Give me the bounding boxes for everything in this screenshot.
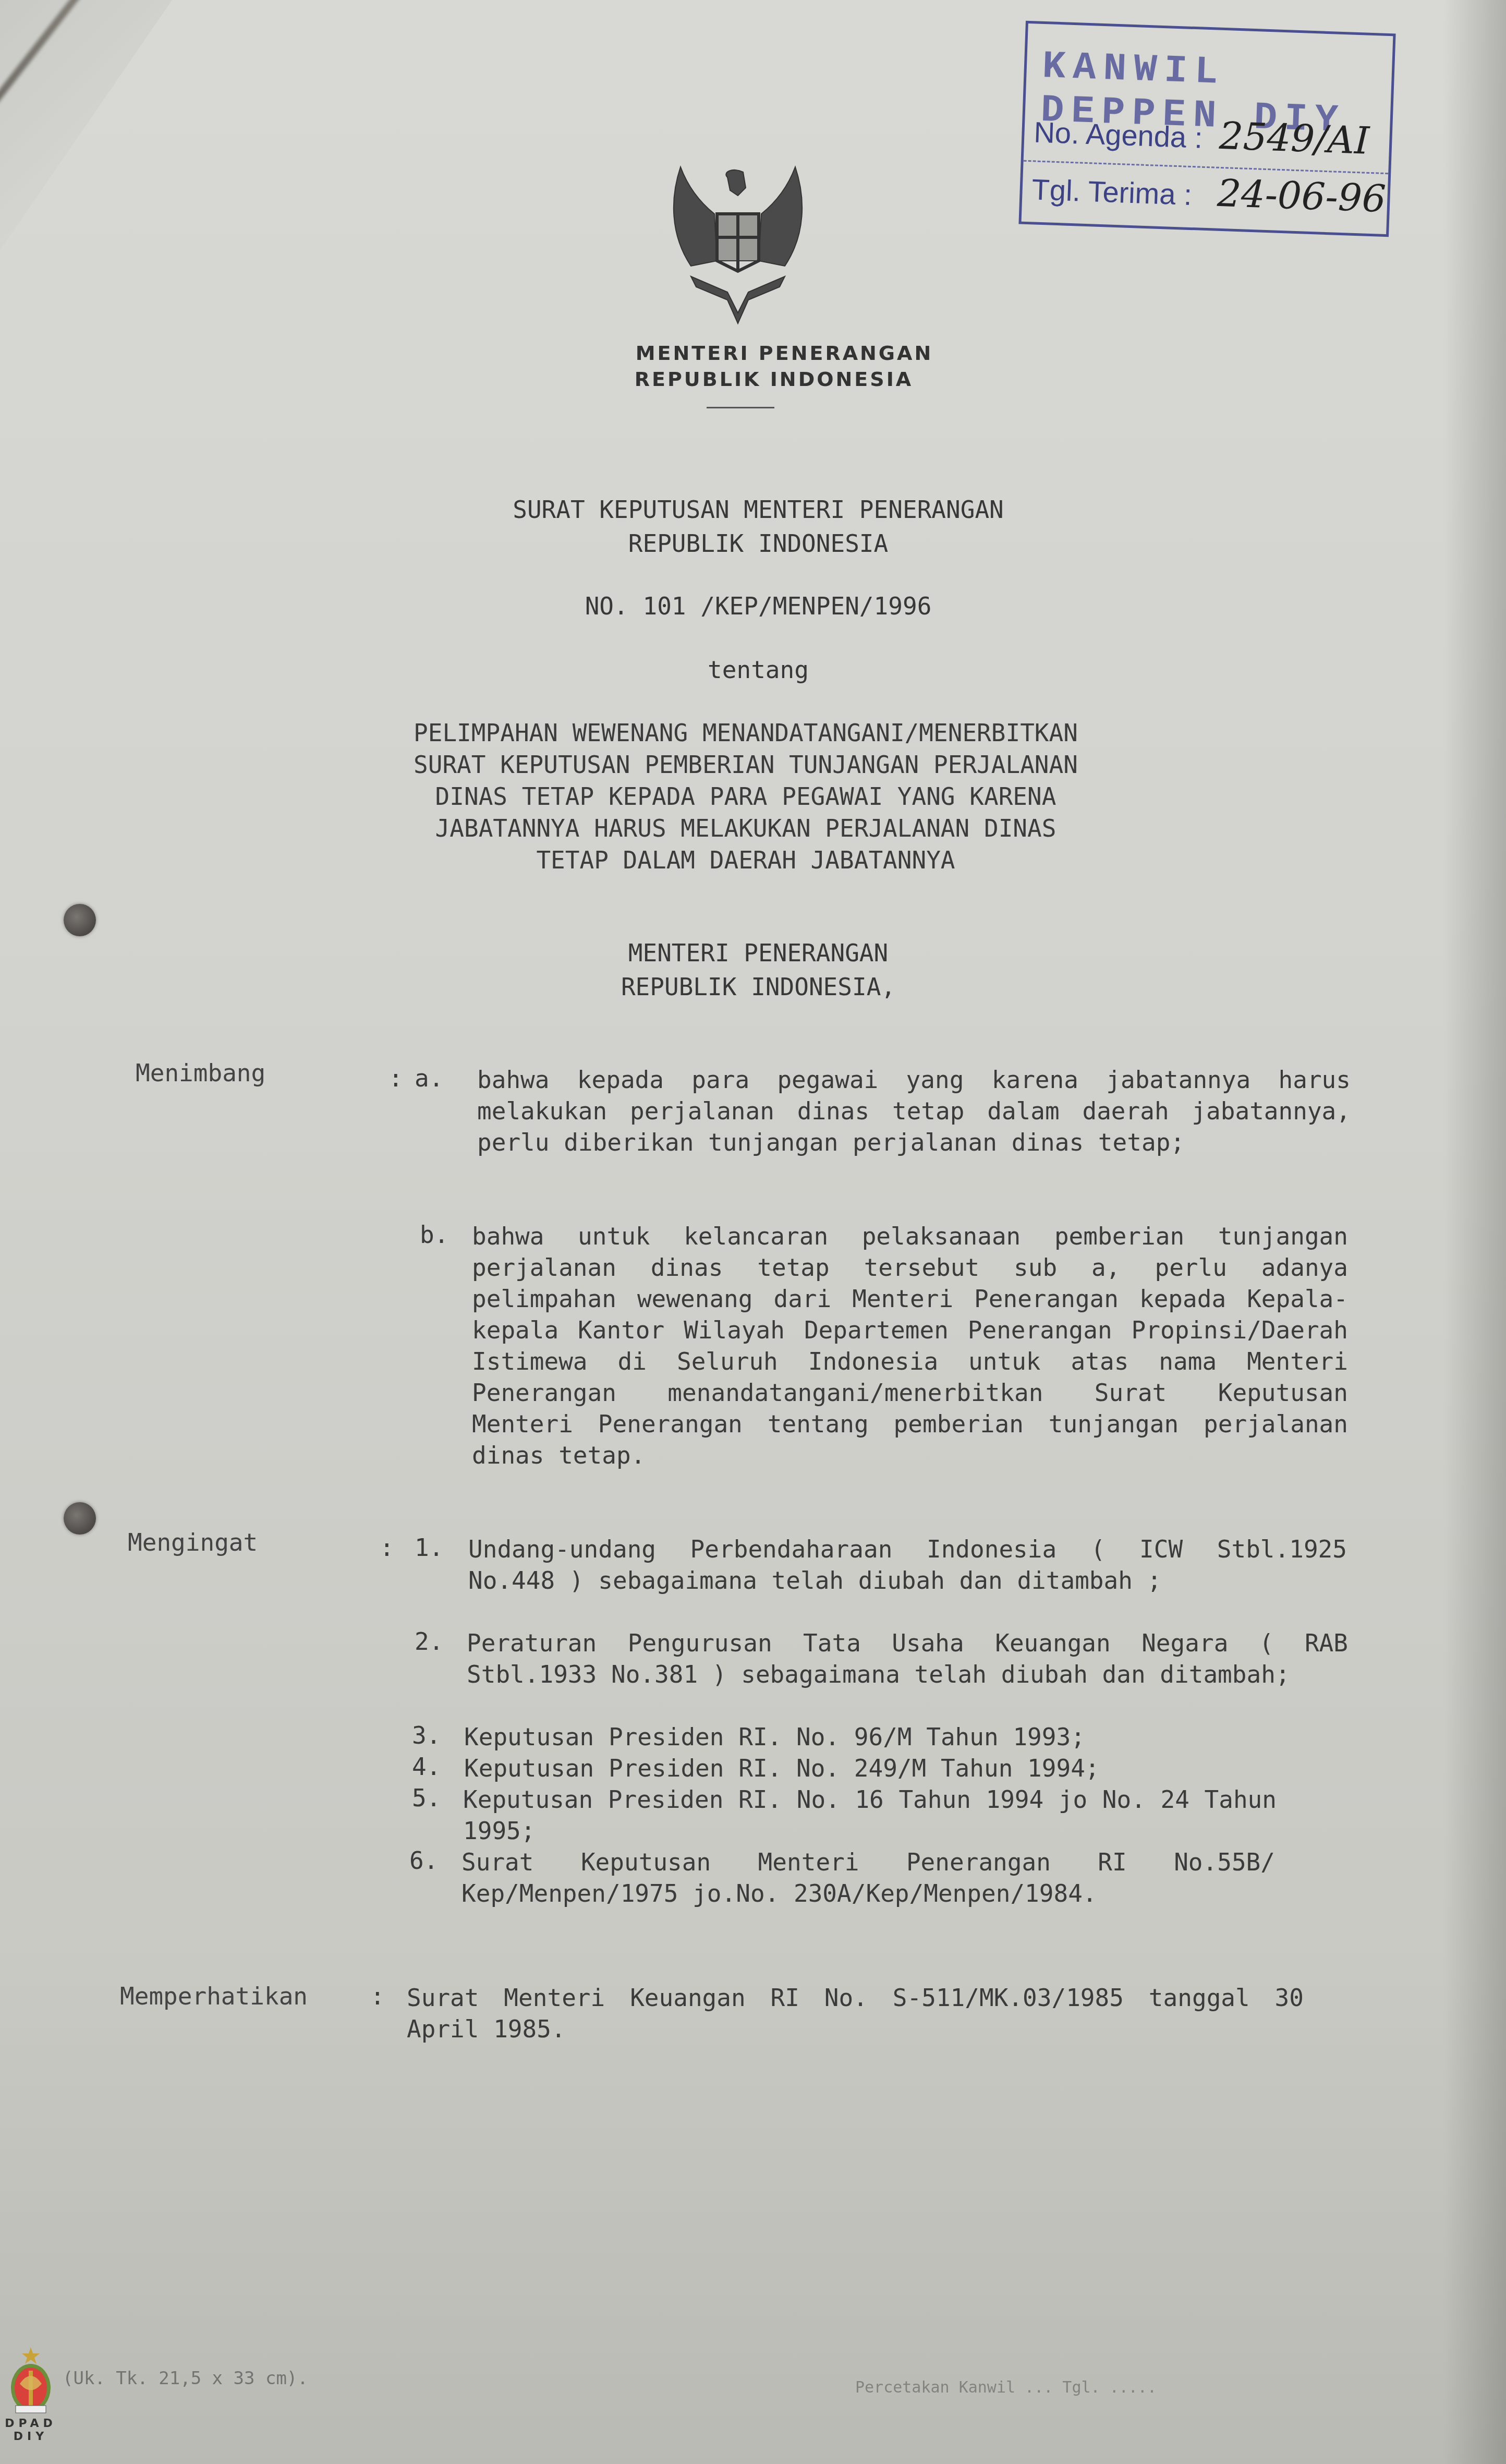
subject-line: TETAP DALAM DAERAH JABATANNYA [323,844,1168,876]
stamp-agenda-value: 2549/AI [1219,114,1370,163]
mengingat-item-4: Keputusan Presiden RI. No. 249/M Tahun 1… [464,1753,1298,1784]
archive-watermark: DPAD DIY [2,2347,59,2443]
decree-title-line2: REPUBLIK INDONESIA [0,529,1506,558]
print-note: Percetakan Kanwil ... Tgl. ..... [855,2378,1157,2397]
letterhead-rule [707,407,774,408]
about-word: tentang [0,656,1506,684]
yogyakarta-seal-icon [9,2347,52,2415]
menimbang-marker-b: b. [420,1221,448,1249]
mengingat-item-3: Keputusan Presiden RI. No. 96/M Tahun 19… [464,1721,1298,1753]
stamp-received-row: Tgl. Terima : 24-06-96 [1031,164,1387,221]
punch-hole [64,904,96,936]
stamp-received-value: 24-06-96 [1217,171,1387,221]
decree-subject: PELIMPAHAN WEWENANG MENANDATANGANI/MENER… [323,717,1168,876]
folded-corner [0,0,172,250]
garuda-emblem-icon [660,156,816,329]
menimbang-marker-a: a. [415,1064,443,1092]
stamp-received-label: Tgl. Terima : [1031,172,1210,212]
subject-line: SURAT KEPUTUSAN PEMBERIAN TUNJANGAN PERJ… [323,749,1168,781]
letterhead-line1: MENTERI PENERANGAN [0,342,1506,365]
memperhatikan-label: Memperhatikan [120,1982,308,2010]
mengingat-marker-1: 1. [415,1533,443,1562]
mengingat-marker-2: 2. [415,1627,443,1656]
menimbang-item-b: bahwa untuk kelancaran pelaksanaan pembe… [472,1221,1348,1471]
decree-number: NO. 101 /KEP/MENPEN/1996 [0,592,1506,620]
watermark-line1: DPAD [2,2417,59,2430]
mengingat-label: Mengingat [128,1528,258,1556]
mengingat-marker-6: 6. [409,1846,438,1875]
mengingat-marker-3: 3. [412,1721,441,1749]
mengingat-item-6: Surat Keputusan Menteri Penerangan RI No… [461,1846,1275,1909]
subject-line: JABATANNYA HARUS MELAKUKAN PERJALANAN DI… [323,813,1168,844]
subject-line: PELIMPAHAN WEWENANG MENANDATANGANI/MENER… [323,717,1168,749]
menimbang-label: Menimbang [136,1059,265,1087]
mengingat-item-2: Peraturan Pengurusan Tata Usaha Keuangan… [467,1627,1348,1690]
menimbang-item-a: bahwa kepada para pegawai yang karena ja… [477,1064,1351,1158]
mengingat-item-1: Undang-undang Perbendaharaan Indonesia (… [468,1533,1347,1596]
menimbang-colon: : [388,1064,403,1092]
mengingat-item-5: Keputusan Presiden RI. No. 16 Tahun 1994… [463,1784,1277,1846]
subject-line: DINAS TETAP KEPADA PARA PEGAWAI YANG KAR… [323,781,1168,813]
mengingat-marker-4: 4. [412,1753,441,1781]
memperhatikan-colon: : [370,1982,385,2010]
issuer-line2: REPUBLIK INDONESIA, [0,973,1506,1001]
punch-hole [64,1502,96,1535]
decree-title-line1: SURAT KEPUTUSAN MENTERI PENERANGAN [0,496,1506,524]
mengingat-colon: : [380,1533,394,1562]
mengingat-marker-5: 5. [412,1784,441,1812]
issuer-line1: MENTERI PENERANGAN [0,939,1506,967]
letterhead-line2: REPUBLIK INDONESIA [0,368,1506,391]
received-stamp: KANWIL DEPPEN DIY No. Agenda : 2549/AI T… [1018,21,1395,237]
stamp-agenda-label: No. Agenda : [1033,115,1211,155]
memperhatikan-text: Surat Menteri Keuangan RI No. S-511/MK.0… [407,1982,1304,2045]
watermark-line2: DIY [2,2430,59,2443]
paper-size-note: (Uk. Tk. 21,5 x 33 cm). [63,2368,308,2389]
